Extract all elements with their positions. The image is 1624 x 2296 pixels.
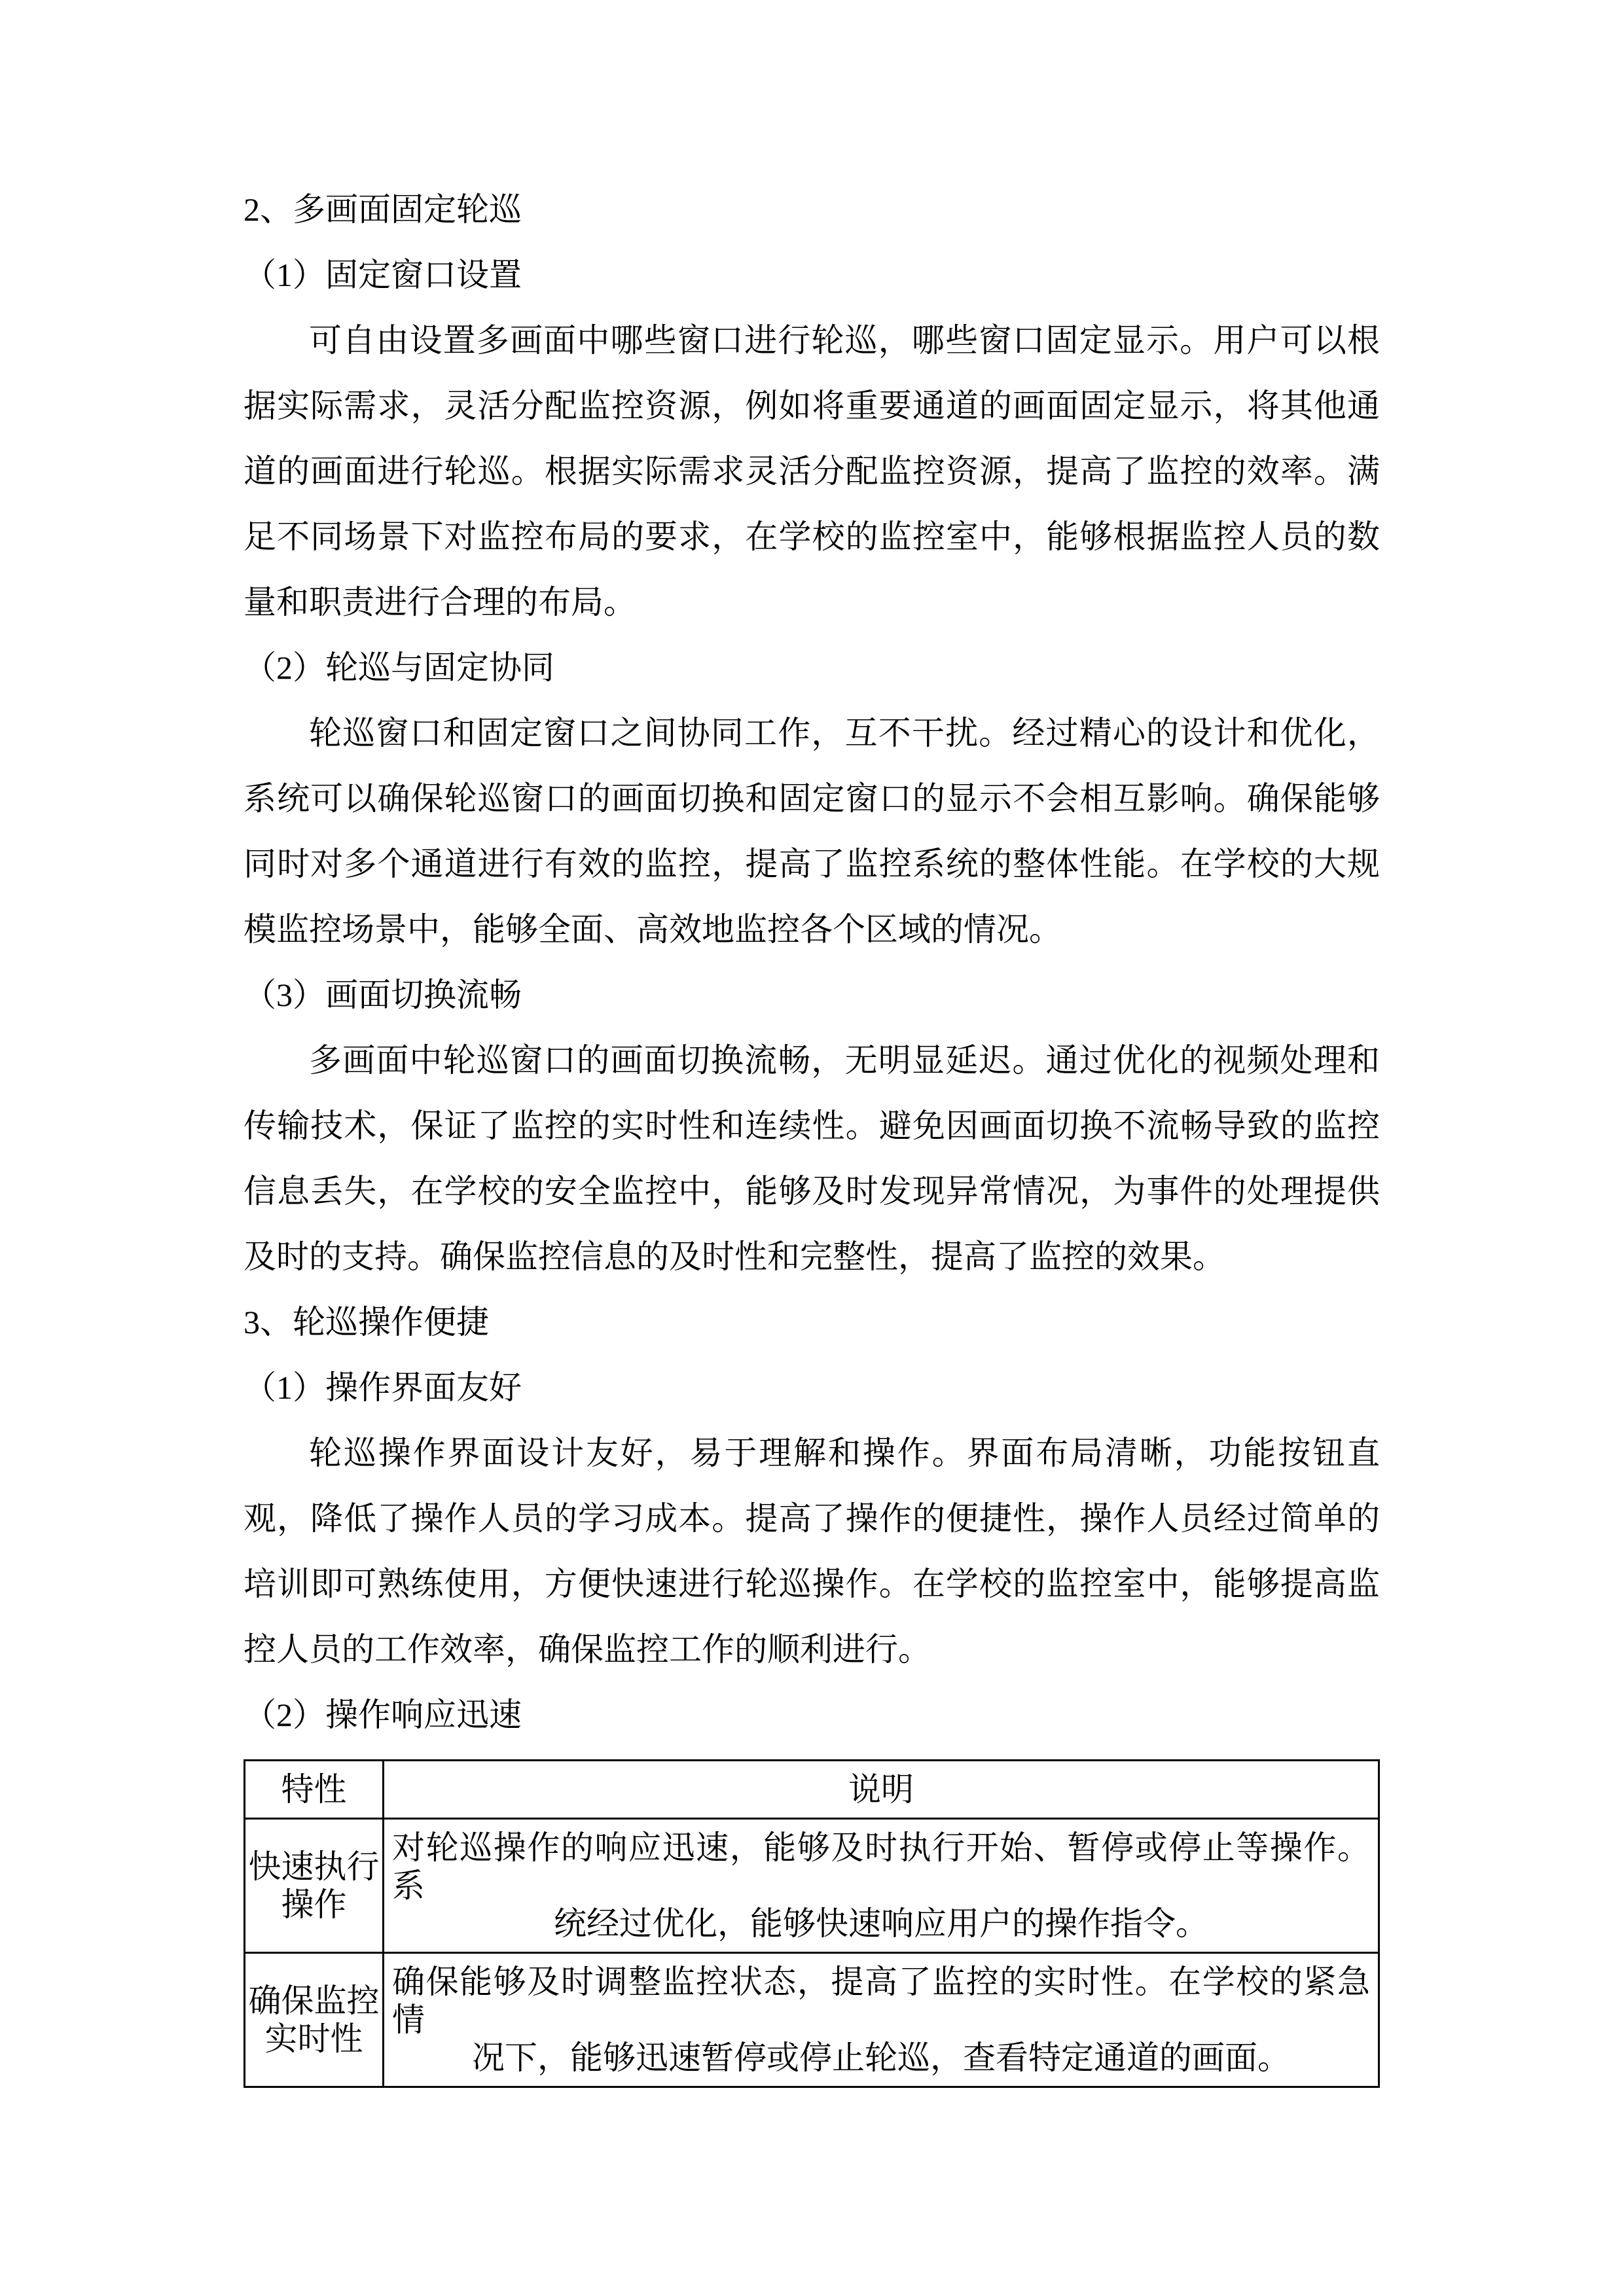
description-cell-line: 况下，能够迅速暂停或停止轮巡，查看特定通道的画面。 (392, 2039, 1370, 2077)
text-line: 传输技术，保证了监控的实时性和连续性。避免因画面切换不流畅导致的监控 (244, 1093, 1380, 1158)
subheading-fixed-window-setup: （1）固定窗口设置 (244, 242, 1380, 308)
text-line: 道的画面进行轮巡。根据实际需求灵活分配监控资源，提高了监控的效率。满 (244, 439, 1380, 504)
feature-cell-line: 实时性 (247, 2020, 381, 2058)
section-heading-multiscreen-tour: 2、多画面固定轮巡 (244, 177, 1380, 242)
document-page: 2、多画面固定轮巡 （1）固定窗口设置 可自由设置多画面中哪些窗口进行轮巡，哪些… (0, 0, 1624, 2296)
text-line: 系统可以确保轮巡窗口的画面切换和固定窗口的显示不会相互影响。确保能够 (244, 766, 1380, 831)
text-line: 轮巡窗口和固定窗口之间协同工作，互不干扰。经过精心的设计和优化， (244, 700, 1380, 766)
feature-cell-line: 操作 (247, 1886, 381, 1924)
subheading-fast-response: （2）操作响应迅速 (244, 1682, 1380, 1748)
text-line: 据实际需求，灵活分配监控资源，例如将重要通道的画面固定显示，将其他通 (244, 373, 1380, 439)
description-cell: 对轮巡操作的响应迅速，能够及时执行开始、暂停或停止等操作。系 统经过优化，能够快… (384, 1819, 1379, 1953)
table-row: 确保监控 实时性 确保能够及时调整监控状态，提高了监控的实时性。在学校的紧急情 … (245, 1953, 1379, 2087)
feature-cell-line: 快速执行 (247, 1848, 381, 1886)
text-line: 控人员的工作效率，确保监控工作的顺利进行。 (244, 1617, 1380, 1682)
text-line: 可自由设置多画面中哪些窗口进行轮巡，哪些窗口固定显示。用户可以根 (244, 308, 1380, 373)
text-line: 模监控场景中，能够全面、高效地监控各个区域的情况。 (244, 897, 1380, 962)
text-line: 信息丢失，在学校的安全监控中，能够及时发现异常情况，为事件的处理提供 (244, 1158, 1380, 1224)
section-heading-convenient-operation: 3、轮巡操作便捷 (244, 1289, 1380, 1355)
description-cell-line: 确保能够及时调整监控状态，提高了监控的实时性。在学校的紧急情 (392, 1963, 1370, 2039)
subheading-friendly-ui: （1）操作界面友好 (244, 1355, 1380, 1420)
description-cell: 确保能够及时调整监控状态，提高了监控的实时性。在学校的紧急情 况下，能够迅速暂停… (384, 1953, 1379, 2087)
feature-cell-line: 确保监控 (247, 1982, 381, 2020)
text-line: 培训即可熟练使用，方便快速进行轮巡操作。在学校的监控室中，能够提高监 (244, 1551, 1380, 1617)
text-line: 观，降低了操作人员的学习成本。提高了操作的便捷性，操作人员经过简单的 (244, 1486, 1380, 1551)
text-line: 轮巡操作界面设计友好，易于理解和操作。界面布局清晰，功能按钮直 (244, 1420, 1380, 1486)
subheading-smooth-switching: （3）画面切换流畅 (244, 962, 1380, 1028)
subheading-tour-fixed-cooperation: （2）轮巡与固定协同 (244, 635, 1380, 700)
feature-table: 特性 说明 快速执行 操作 对轮巡操作的响应迅速，能够及时执行开始、暂停或停止等… (244, 1759, 1380, 2088)
column-header-feature: 特性 (245, 1761, 384, 1819)
description-cell-line: 统经过优化，能够快速响应用户的操作指令。 (392, 1905, 1370, 1943)
text-line: 及时的支持。确保监控信息的及时性和完整性，提高了监控的效果。 (244, 1224, 1380, 1289)
description-cell-line: 对轮巡操作的响应迅速，能够及时执行开始、暂停或停止等操作。系 (392, 1829, 1370, 1905)
table-row: 快速执行 操作 对轮巡操作的响应迅速，能够及时执行开始、暂停或停止等操作。系 统… (245, 1819, 1379, 1953)
feature-cell: 快速执行 操作 (245, 1819, 384, 1953)
table-header-row: 特性 说明 (245, 1761, 1379, 1819)
feature-cell: 确保监控 实时性 (245, 1953, 384, 2087)
document-content: 2、多画面固定轮巡 （1）固定窗口设置 可自由设置多画面中哪些窗口进行轮巡，哪些… (244, 177, 1380, 2088)
text-line: 同时对多个通道进行有效的监控，提高了监控系统的整体性能。在学校的大规 (244, 831, 1380, 897)
text-line: 量和职责进行合理的布局。 (244, 569, 1380, 635)
text-line: 足不同场景下对监控布局的要求，在学校的监控室中，能够根据监控人员的数 (244, 504, 1380, 569)
text-line: 多画面中轮巡窗口的画面切换流畅，无明显延迟。通过优化的视频处理和 (244, 1028, 1380, 1093)
column-header-description: 说明 (384, 1761, 1379, 1819)
